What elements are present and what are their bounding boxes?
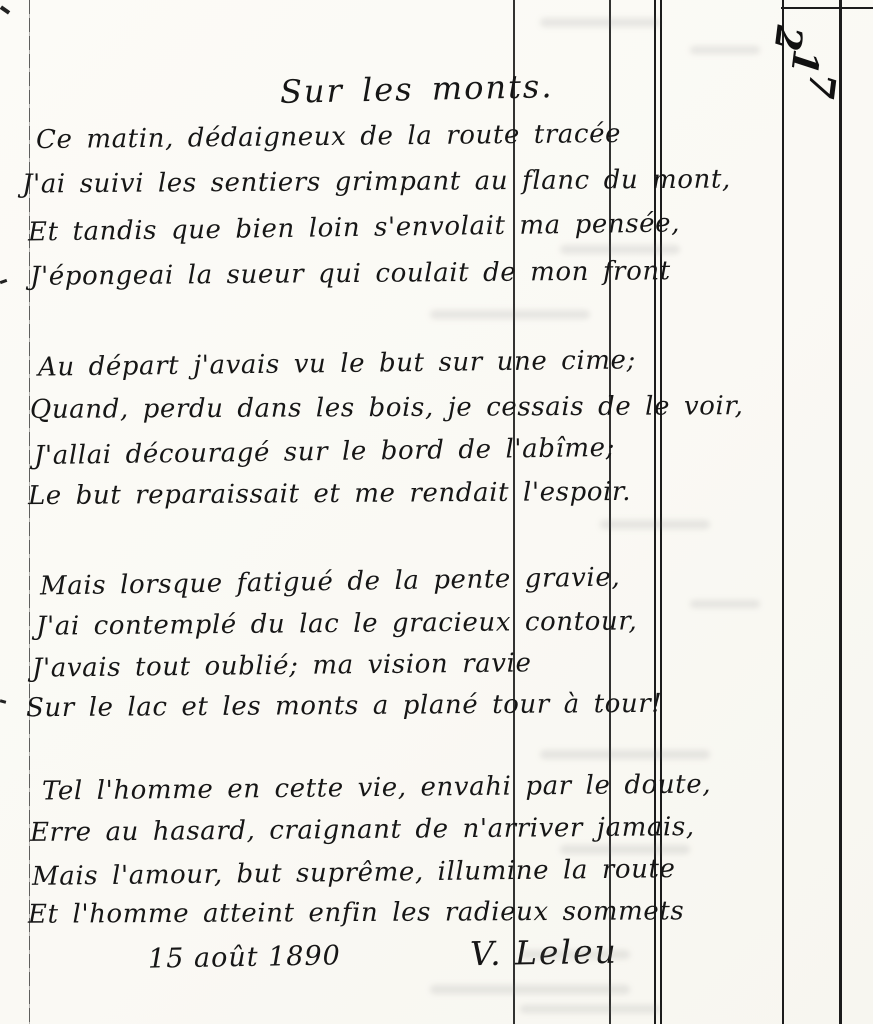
bleed-through-smudge [690,46,760,54]
bleed-through-smudge [520,1005,660,1013]
bleed-through-smudge [690,600,760,608]
scan-artifact [0,5,10,14]
poem-signature: V. Leleu [470,932,618,974]
bleed-through-smudge [540,750,710,759]
poem-line: Mais lorsque fatigué de la pente gravie, [40,562,621,601]
column-rule-5 [839,0,842,1024]
left-margin-rule [29,0,30,1024]
bleed-through-smudge [430,985,630,994]
top-right-horizontal-rule [781,7,873,9]
poem-line: Mais l'amour, but suprême, illumine la r… [32,854,676,892]
page-number: 217 [764,16,846,108]
poem-title: Sur les monts. [280,67,554,111]
poem-line: J'avais tout oublié; ma vision ravie [32,648,532,683]
bleed-through-smudge [430,310,590,319]
poem-line: Erre au hasard, craignant de n'arriver j… [30,812,695,848]
bleed-through-smudge [560,245,680,254]
poem-line: J'ai contemplé du lac le gracieux contou… [36,606,638,641]
poem-line: Quand, perdu dans les bois, je cessais d… [30,391,744,425]
column-rule-4 [782,0,784,1024]
scan-artifact [0,279,7,284]
poem-line: J'ai suivi les sentiers grimpant au flan… [22,165,731,200]
poem-line: J'allai découragé sur le bord de l'abîme… [34,433,615,471]
poem-line: J'épongeai la sueur qui coulait de mon f… [30,256,671,292]
manuscript-page: 217 Sur les monts. Ce matin, dédaigneux … [0,0,873,1024]
poem-line: Le but reparaissait et me rendait l'espo… [28,477,631,511]
bleed-through-smudge [540,18,660,27]
poem-line: Sur le lac et les monts a plané tour à t… [26,689,663,723]
poem-line: Et tandis que bien loin s'envolait ma pe… [28,208,680,247]
poem-date: 15 août 1890 [148,940,341,974]
poem-line: Ce matin, dédaigneux de la route tracée [36,119,621,155]
bleed-through-smudge [560,845,690,854]
poem-line: Et l'homme atteint enfin les radieux som… [28,896,684,929]
scan-artifact [0,699,6,703]
poem-line: Au départ j'avais vu le but sur une cime… [38,345,636,382]
